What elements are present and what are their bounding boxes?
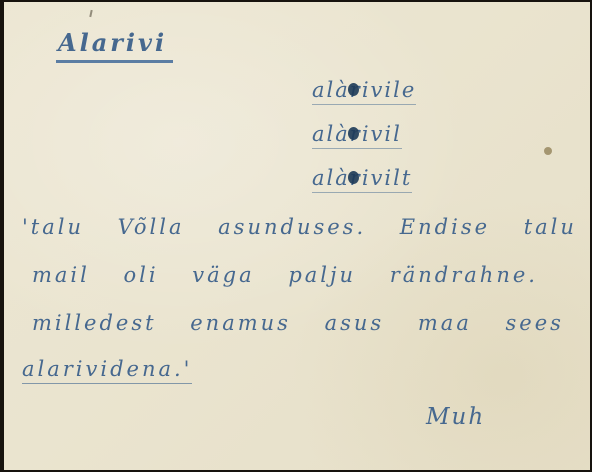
body-text-line: alarividena.' <box>22 357 192 381</box>
underlined-final-word: alarividena.' <box>22 357 192 384</box>
word-form-suffix: ivilt <box>362 166 412 190</box>
note-title: Alarivi <box>56 28 173 63</box>
word-form-line: alàrivilt <box>312 166 412 193</box>
word-form-line: alàrivile <box>312 78 416 105</box>
paper-stain <box>544 147 552 155</box>
ink-blot-letter: r <box>350 166 362 190</box>
word-form-prefix: alà <box>312 122 350 146</box>
word-form-suffix: ivil <box>362 122 402 146</box>
ink-blot-letter: r <box>350 78 362 102</box>
word-form-suffix: ivile <box>362 78 416 102</box>
stray-ink-mark <box>89 10 92 17</box>
body-text-line: mail oli väga palju rändrahne. <box>32 263 538 287</box>
word-form-prefix: alà <box>312 166 350 190</box>
body-text-line: 'talu Võlla asunduses. Endise talu <box>22 215 577 239</box>
word-form-prefix: alà <box>312 78 350 102</box>
word-form-line: alàrivil <box>312 122 402 149</box>
body-text-line: milledest enamus asus maa sees <box>32 311 564 335</box>
ink-blot-letter: r <box>350 122 362 146</box>
paper-card: Alarivi alàrivile alàrivil alàrivilt 'ta… <box>4 2 590 470</box>
signature: Muh <box>426 404 485 430</box>
